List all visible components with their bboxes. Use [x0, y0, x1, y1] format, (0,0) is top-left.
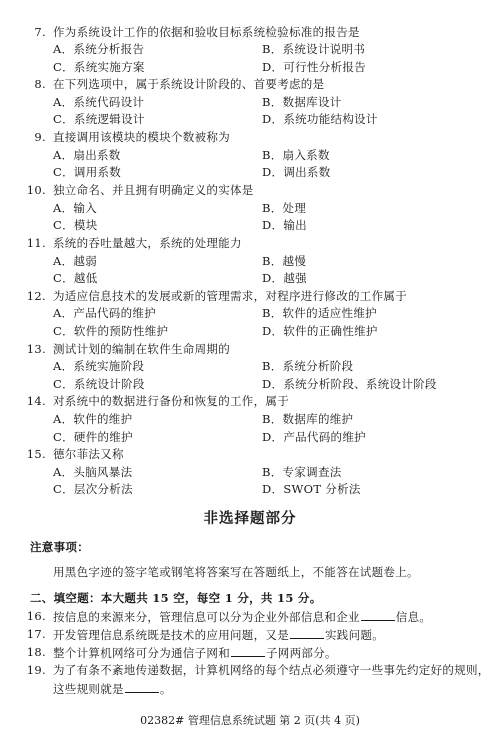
question-number: 10.: [24, 183, 46, 197]
question-text: 作为系统设计工作的依据和验收目标系统检验标准的报告是: [53, 25, 360, 39]
option-a: A．越弱: [53, 254, 97, 268]
option-a: A．产品代码的维护: [53, 306, 156, 320]
question-text: 按信息的来源来分，管理信息可以分为企业外部信息和企业: [53, 610, 360, 624]
question-text: 独立命名、并且拥有明确定义的实体是: [53, 183, 254, 197]
option-a: A．系统代码设计: [53, 95, 144, 109]
option-c: C．越低: [53, 271, 98, 285]
option-d: D．输出: [262, 218, 307, 232]
question-text: 测试计划的编制在软件生命周期的: [53, 342, 230, 356]
option-a: A．系统分析报告: [53, 42, 144, 56]
part2-heading: 二、填空题：本大题共 15 空，每空 1 分，共 15 分。: [30, 591, 322, 605]
question-number: 13.: [24, 342, 46, 356]
option-c: C．模块: [53, 218, 98, 232]
question-text: 整个计算机网络可分为通信子网和: [53, 646, 230, 660]
question-text: 对系统中的数据进行备份和恢复的工作，属于: [53, 394, 289, 408]
option-a: A．扇出系数: [53, 148, 121, 162]
option-c: C．系统实施方案: [53, 60, 145, 74]
question-text: 为了有条不紊地传递数据，计算机网络的每个结点必须遵守一些事先约定好的规则，: [53, 663, 490, 677]
question-number: 16.: [24, 609, 46, 623]
question-text: 开发管理信息系统既是技术的应用问题，又是: [53, 628, 289, 642]
question-number: 18.: [24, 645, 46, 659]
page-footer: 02382# 管理信息系统试题 第 2 页(共 4 页): [0, 712, 500, 728]
option-d: D．越强: [262, 271, 307, 285]
question-text: 这些规则就是: [53, 682, 124, 696]
question-number: 19.: [24, 663, 46, 677]
option-a: A．系统实施阶段: [53, 359, 144, 373]
question-19-line2: 这些规则就是。: [53, 681, 172, 696]
option-d: D．软件的正确性维护: [262, 324, 378, 338]
option-d: D．可行性分析报告: [262, 60, 366, 74]
option-a: A．头脑风暴法: [53, 465, 132, 479]
option-b: B．专家调查法: [262, 465, 342, 479]
question-text: 为适应信息技术的发展或新的管理需求，对程序进行修改的工作属于: [53, 289, 407, 303]
answer-blank: [231, 645, 265, 657]
question-text: 在下列选项中，属于系统设计阶段的、首要考虑的是: [53, 77, 324, 91]
option-c: C．硬件的维护: [53, 430, 133, 444]
option-b: B．处理: [262, 201, 306, 215]
option-b: B．数据库设计: [262, 95, 342, 109]
question-number: 9.: [24, 130, 46, 144]
question-text-after: 。: [160, 682, 172, 696]
answer-blank: [361, 609, 395, 621]
question-number: 12.: [24, 289, 46, 303]
option-c: C．层次分析法: [53, 482, 133, 496]
option-a: A．软件的维护: [53, 412, 132, 426]
question-text: 德尔菲法又称: [53, 447, 124, 461]
option-d: D．调出系数: [262, 165, 331, 179]
option-c: C．系统逻辑设计: [53, 112, 145, 126]
notice-label: 注意事项：: [30, 540, 89, 554]
option-d: D．系统分析阶段、系统设计阶段: [262, 377, 437, 391]
question-text-after: 子网两部分。: [266, 646, 337, 660]
option-c: C．软件的预防性维护: [53, 324, 168, 338]
question-text: 直接调用该模块的模块个数被称为: [53, 130, 230, 144]
question-number: 15.: [24, 447, 46, 461]
notice-text: 用黑色字迹的签字笔或钢笔将答案写在答题纸上，不能答在试题卷上。: [53, 565, 419, 579]
option-c: C．调用系数: [53, 165, 121, 179]
option-d: D．系统功能结构设计: [262, 112, 378, 126]
option-b: B．系统分析阶段: [262, 359, 353, 373]
answer-blank: [125, 681, 159, 693]
option-d: D．产品代码的维护: [262, 430, 366, 444]
question-text-after: 信息。: [396, 610, 431, 624]
question-number: 7.: [24, 25, 46, 39]
question-number: 11.: [24, 236, 46, 250]
option-b: B．越慢: [262, 254, 306, 268]
question-text: 系统的吞吐量越大，系统的处理能力: [53, 236, 242, 250]
answer-blank: [290, 627, 324, 639]
question-text-after: 实践问题。: [325, 628, 384, 642]
question-number: 17.: [24, 627, 46, 641]
option-d: D．SWOT 分析法: [262, 482, 361, 496]
option-a: A．输入: [53, 201, 97, 215]
option-b: B．数据库的维护: [262, 412, 353, 426]
question-number: 8.: [24, 77, 46, 91]
question-number: 14.: [24, 394, 46, 408]
exam-page: 7. 作为系统设计工作的依据和验收目标系统检验标准的报告是 A．系统分析报告B．…: [0, 0, 500, 747]
option-b: B．系统设计说明书: [262, 42, 365, 56]
option-c: C．系统设计阶段: [53, 377, 145, 391]
option-b: B．扇入系数: [262, 148, 330, 162]
option-b: B．软件的适应性维护: [262, 306, 377, 320]
section-title: 非选择题部分: [0, 507, 500, 528]
